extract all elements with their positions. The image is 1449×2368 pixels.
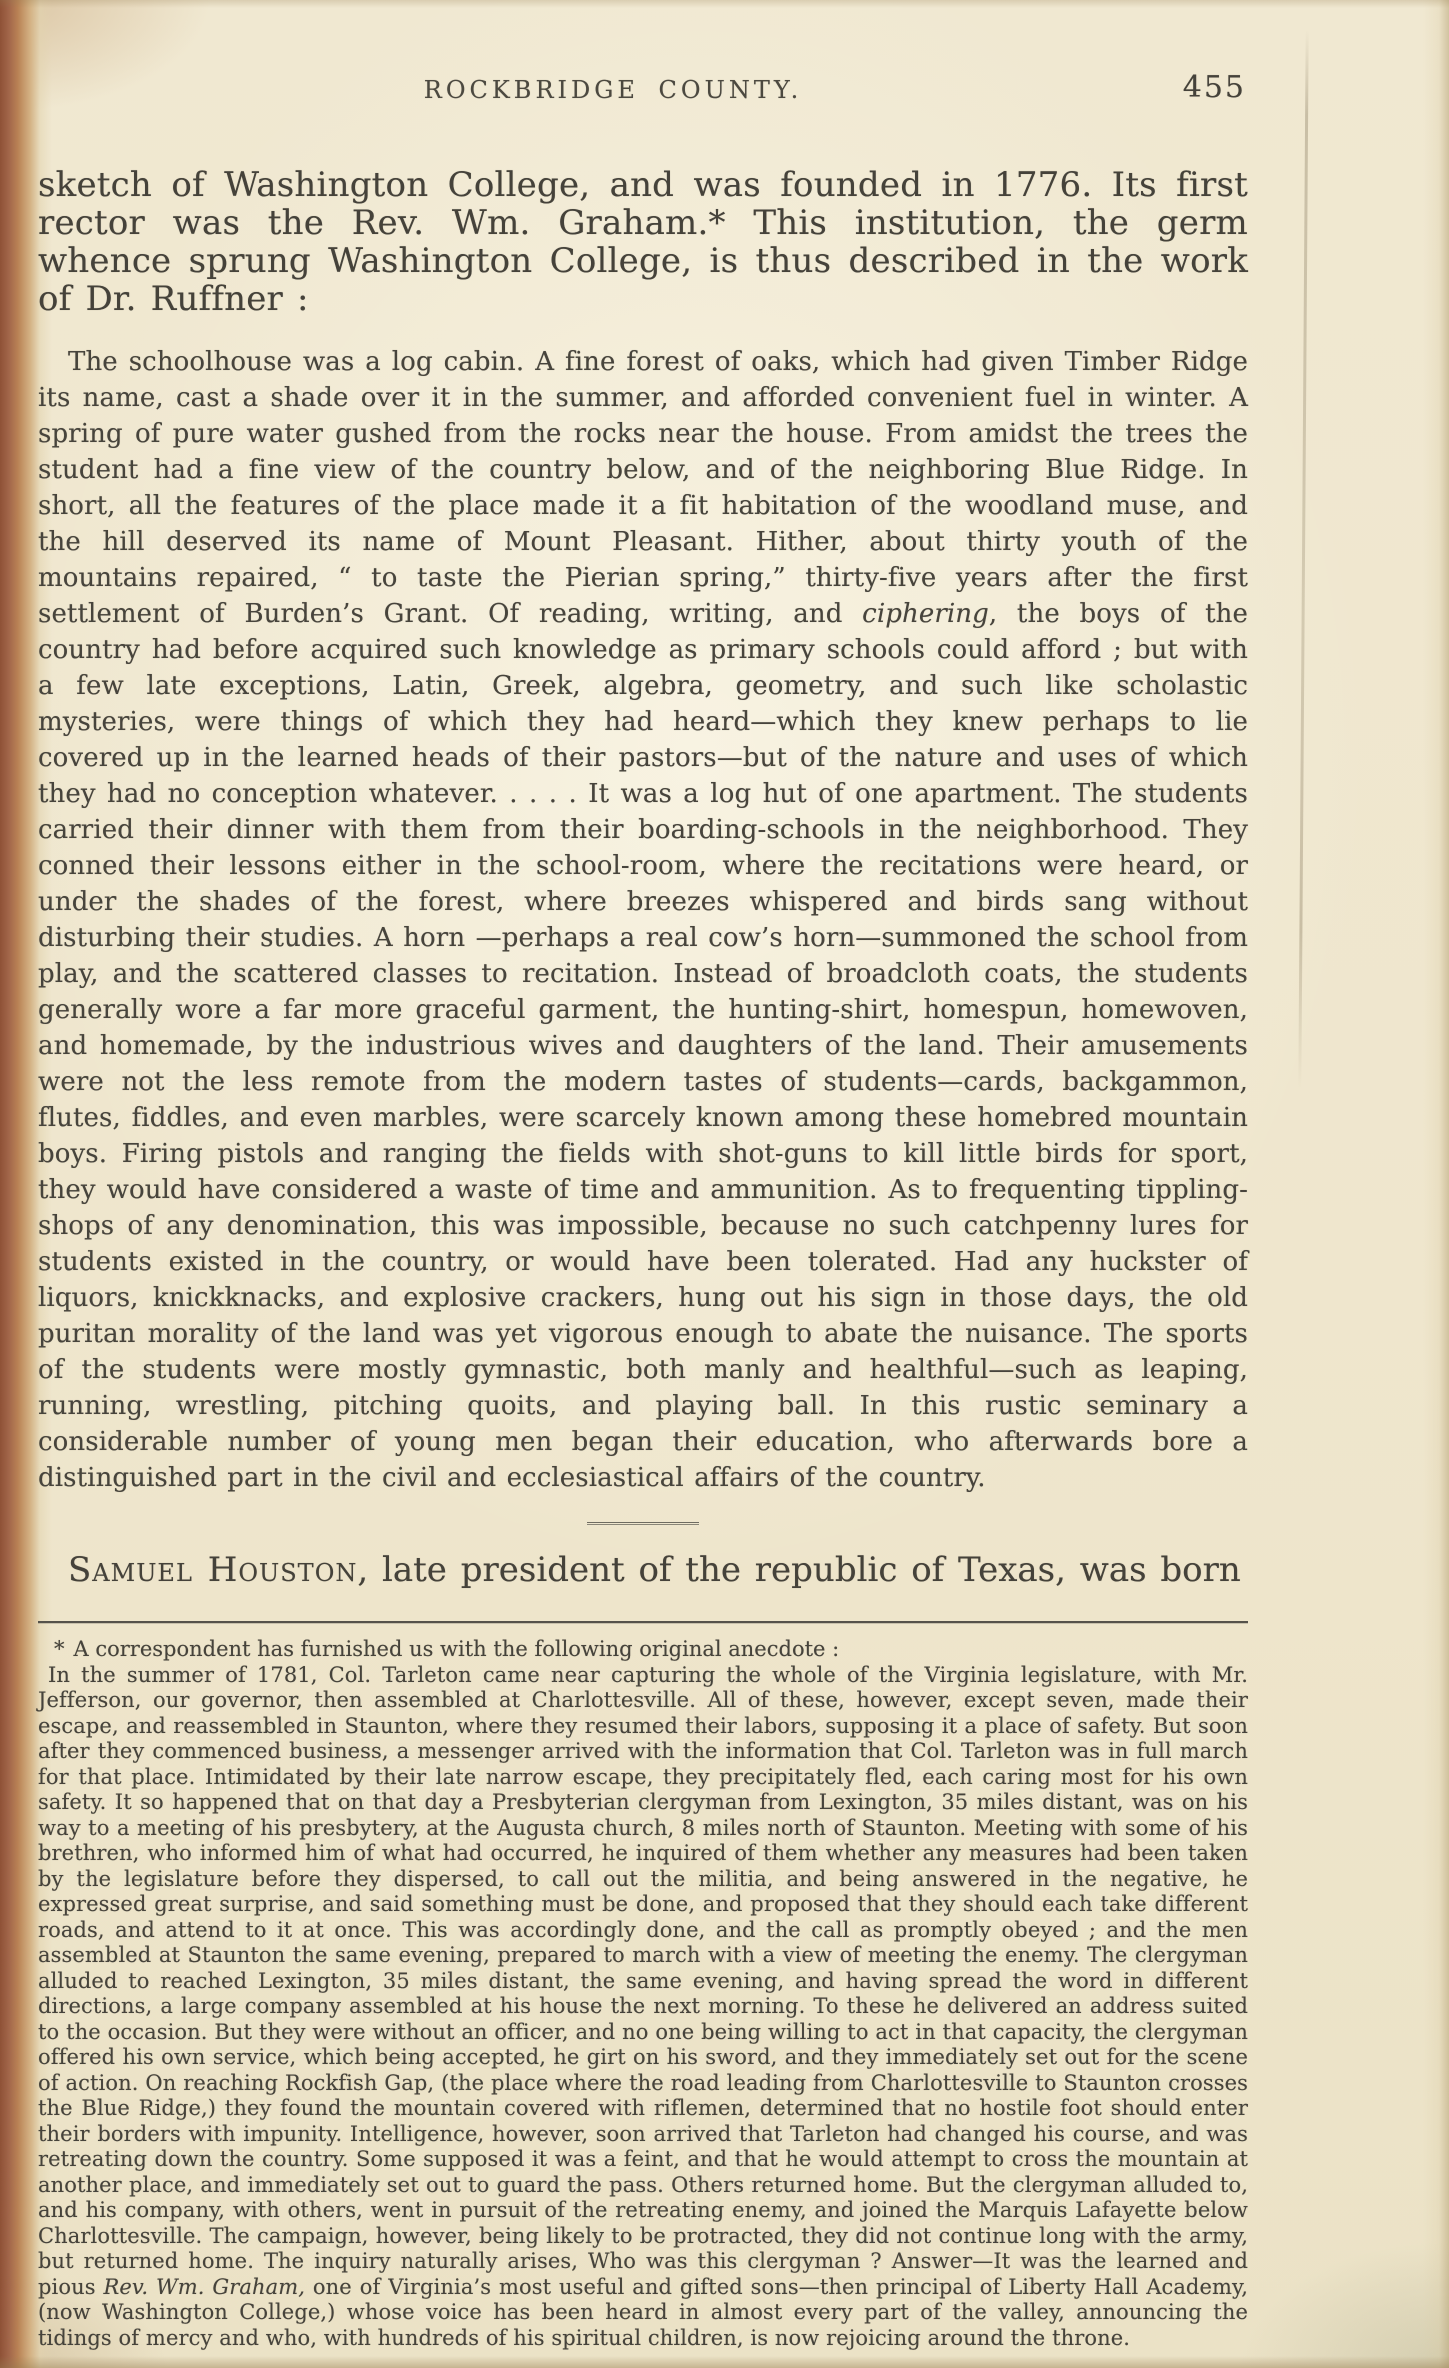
page-crease [1298,30,1308,1090]
houston-paragraph-text: , late president of the republic of Texa… [357,1550,1240,1590]
houston-paragraph: Samuel Houston, late president of the re… [38,1549,1248,1591]
schoolhouse-excerpt: The schoolhouse was a log cabin. A fine … [38,344,1248,1496]
houston-name: Samuel Houston [68,1550,357,1590]
footnote-asterisk-marker: * [54,1637,65,1661]
page-right-edge [1423,0,1449,2368]
section-divider [587,1522,699,1525]
page-content: ROCKBRIDGE COUNTY. 455 sketch of Washing… [38,0,1248,2351]
footnote-intro-text: A correspondent has furnished us with th… [74,1637,840,1661]
footnote-body: In the summer of 1781, Col. Tarleton cam… [38,1663,1248,2352]
page-number: 455 [1183,70,1246,105]
page-bottom-edge [0,2356,1449,2368]
footnote-separator-rule [38,1621,1248,1623]
running-header-title: ROCKBRIDGE COUNTY. [38,76,1188,104]
book-page: ROCKBRIDGE COUNTY. 455 sketch of Washing… [0,0,1449,2368]
intro-paragraph: sketch of Washington College, and was fo… [38,166,1248,318]
footnote-intro-line: *A correspondent has furnished us with t… [38,1637,1248,1663]
footnote: *A correspondent has furnished us with t… [38,1637,1248,2351]
running-head: ROCKBRIDGE COUNTY. 455 [38,0,1248,116]
